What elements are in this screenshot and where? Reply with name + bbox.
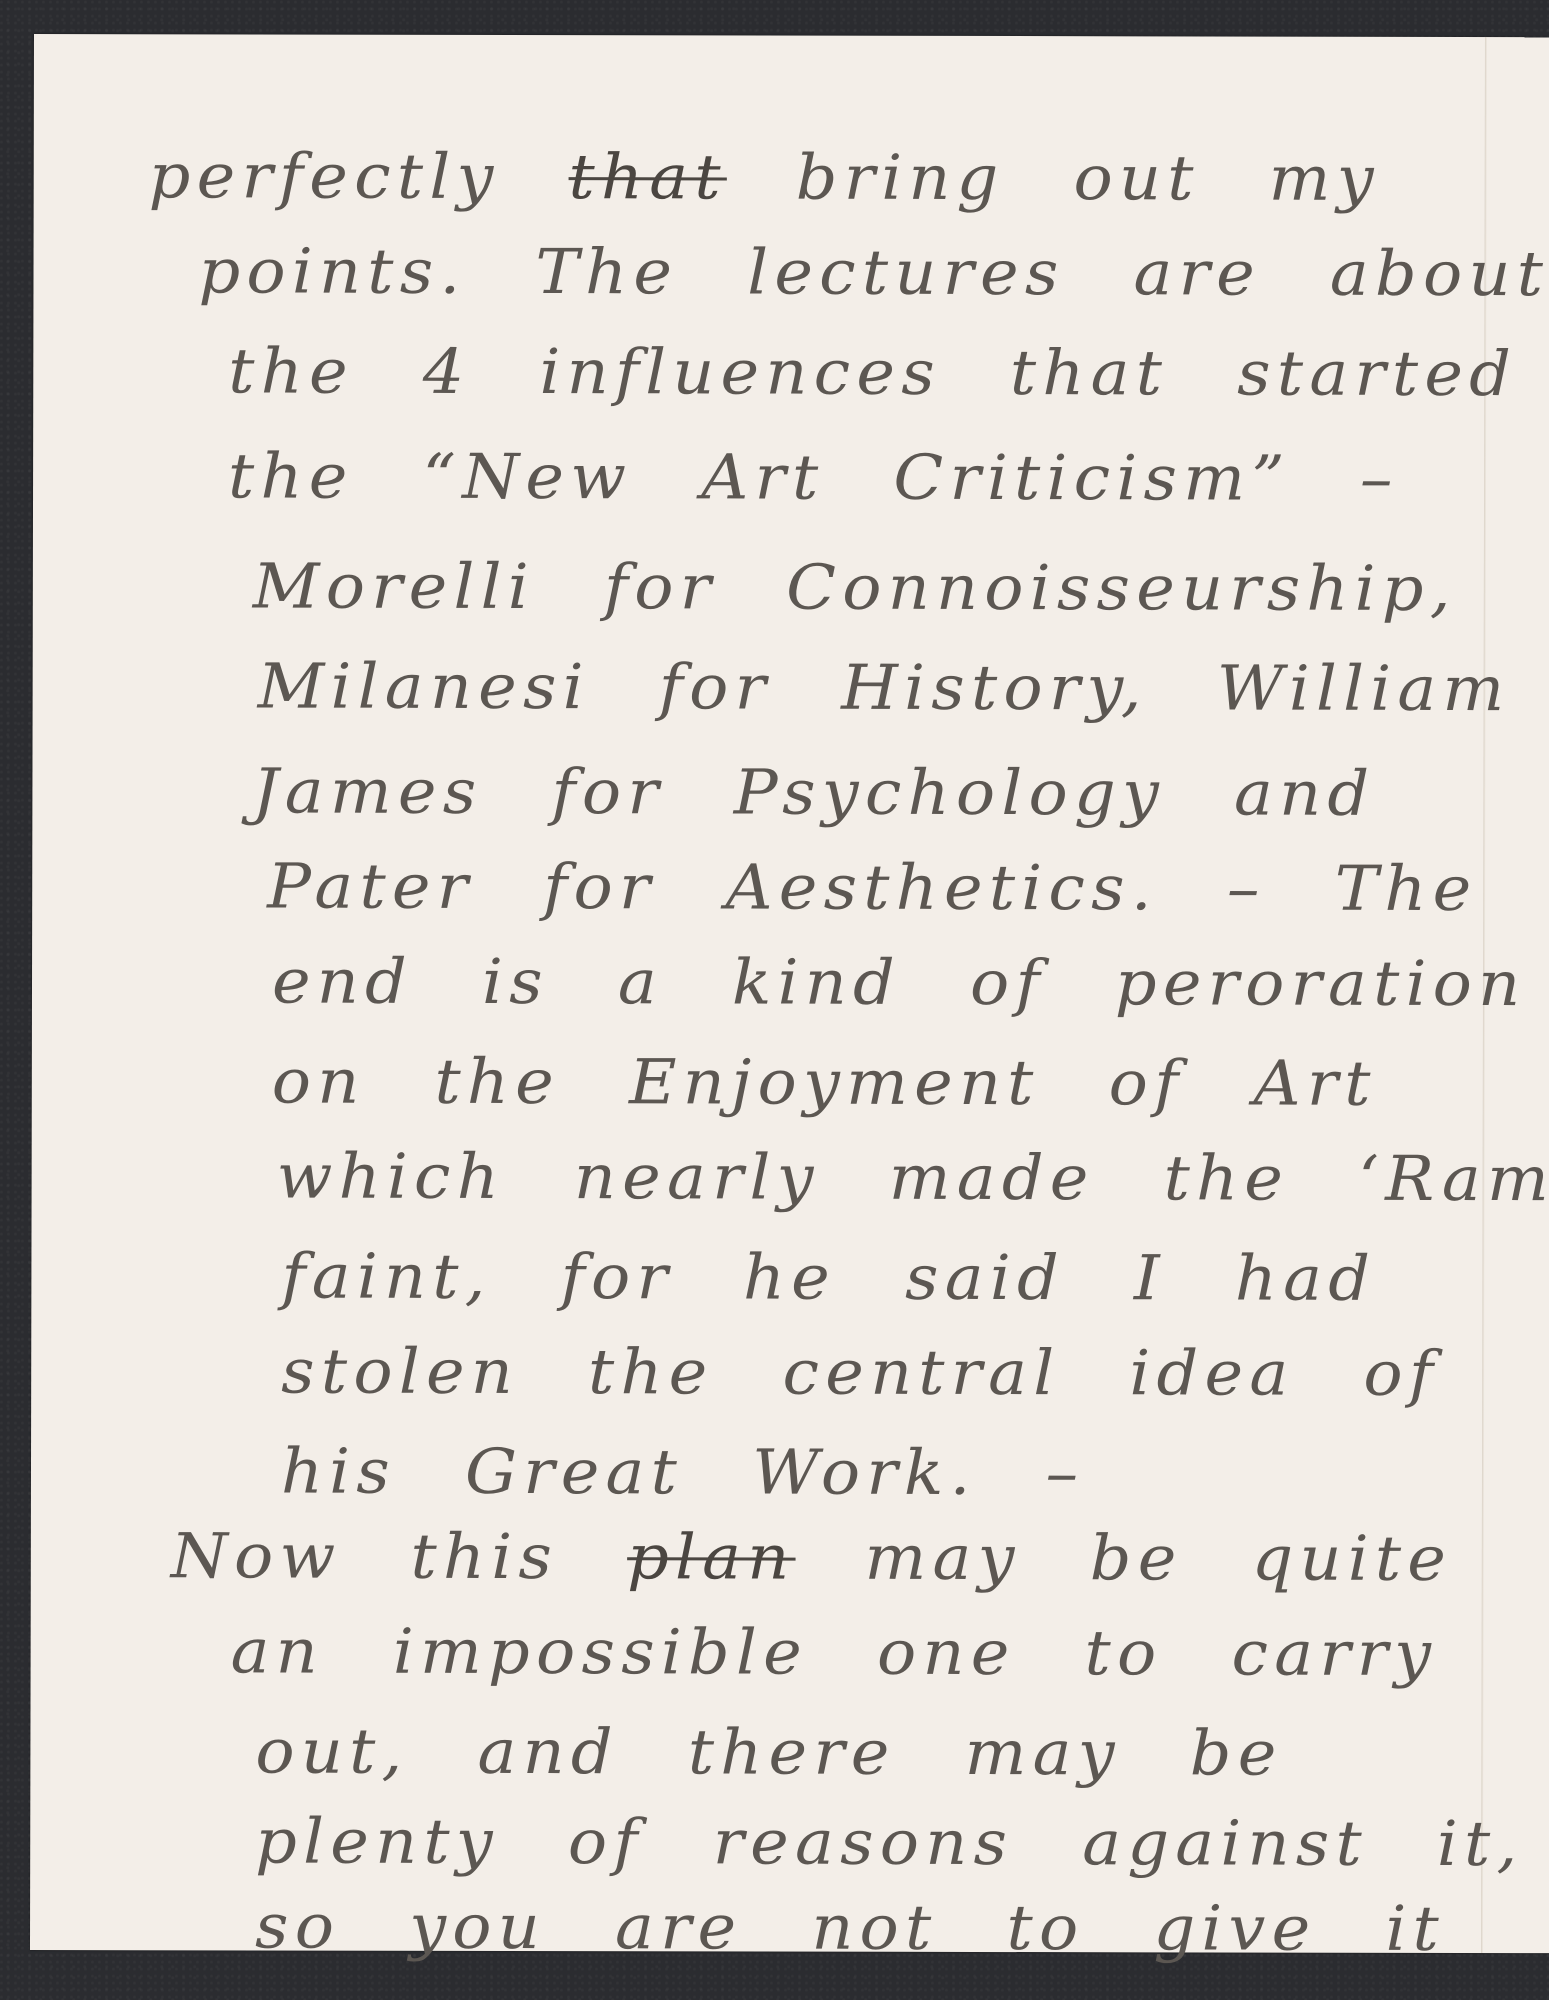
handwritten-line-14: his Great Work. –	[281, 1435, 1085, 1510]
handwritten-line-5: Morelli for Connoisseurship,	[253, 549, 1457, 625]
handwritten-line-3: the 4 influences that started	[228, 334, 1517, 410]
line-text: Now this	[171, 1519, 558, 1593]
handwritten-line-10: on the Enjoyment of Art	[272, 1045, 1377, 1120]
struck-word: that	[568, 140, 726, 213]
handwritten-line-11: which nearly made the ‘Ramus’	[277, 1140, 1549, 1216]
handwritten-line-4: the “New Art Criticism” –	[228, 439, 1399, 514]
handwritten-line-18: plenty of reasons against it,	[255, 1804, 1523, 1880]
handwritten-line-6: Milanesi for History, William	[258, 649, 1511, 725]
line-text: bring out my	[796, 141, 1380, 215]
handwritten-line-16: an impossible one to carry	[231, 1614, 1438, 1690]
handwritten-line-15: Now this plan may be quite	[171, 1519, 1453, 1595]
handwritten-line-9: end is a kind of peroration	[272, 945, 1527, 1021]
handwritten-line-7: James for Psychology and	[252, 754, 1375, 829]
line-text: may be quite	[864, 1521, 1452, 1595]
handwritten-line-1: perfectly that bring out my	[149, 139, 1380, 215]
struck-word: plan	[627, 1520, 796, 1593]
handwritten-line-12: faint, for he said I had	[281, 1240, 1376, 1315]
line-text: perfectly	[149, 139, 500, 213]
handwritten-line-17: out, and there may be	[255, 1714, 1282, 1789]
handwritten-line-8: Pater for Aesthetics. – The	[267, 849, 1477, 925]
handwritten-line-2: points. The lectures are about	[198, 234, 1549, 310]
handwritten-line-19: so you are not to give it	[255, 1889, 1445, 1964]
handwritten-line-13: stolen the central idea of	[281, 1335, 1439, 1410]
letter-page: perfectly that bring out my points. The …	[30, 34, 1549, 1953]
